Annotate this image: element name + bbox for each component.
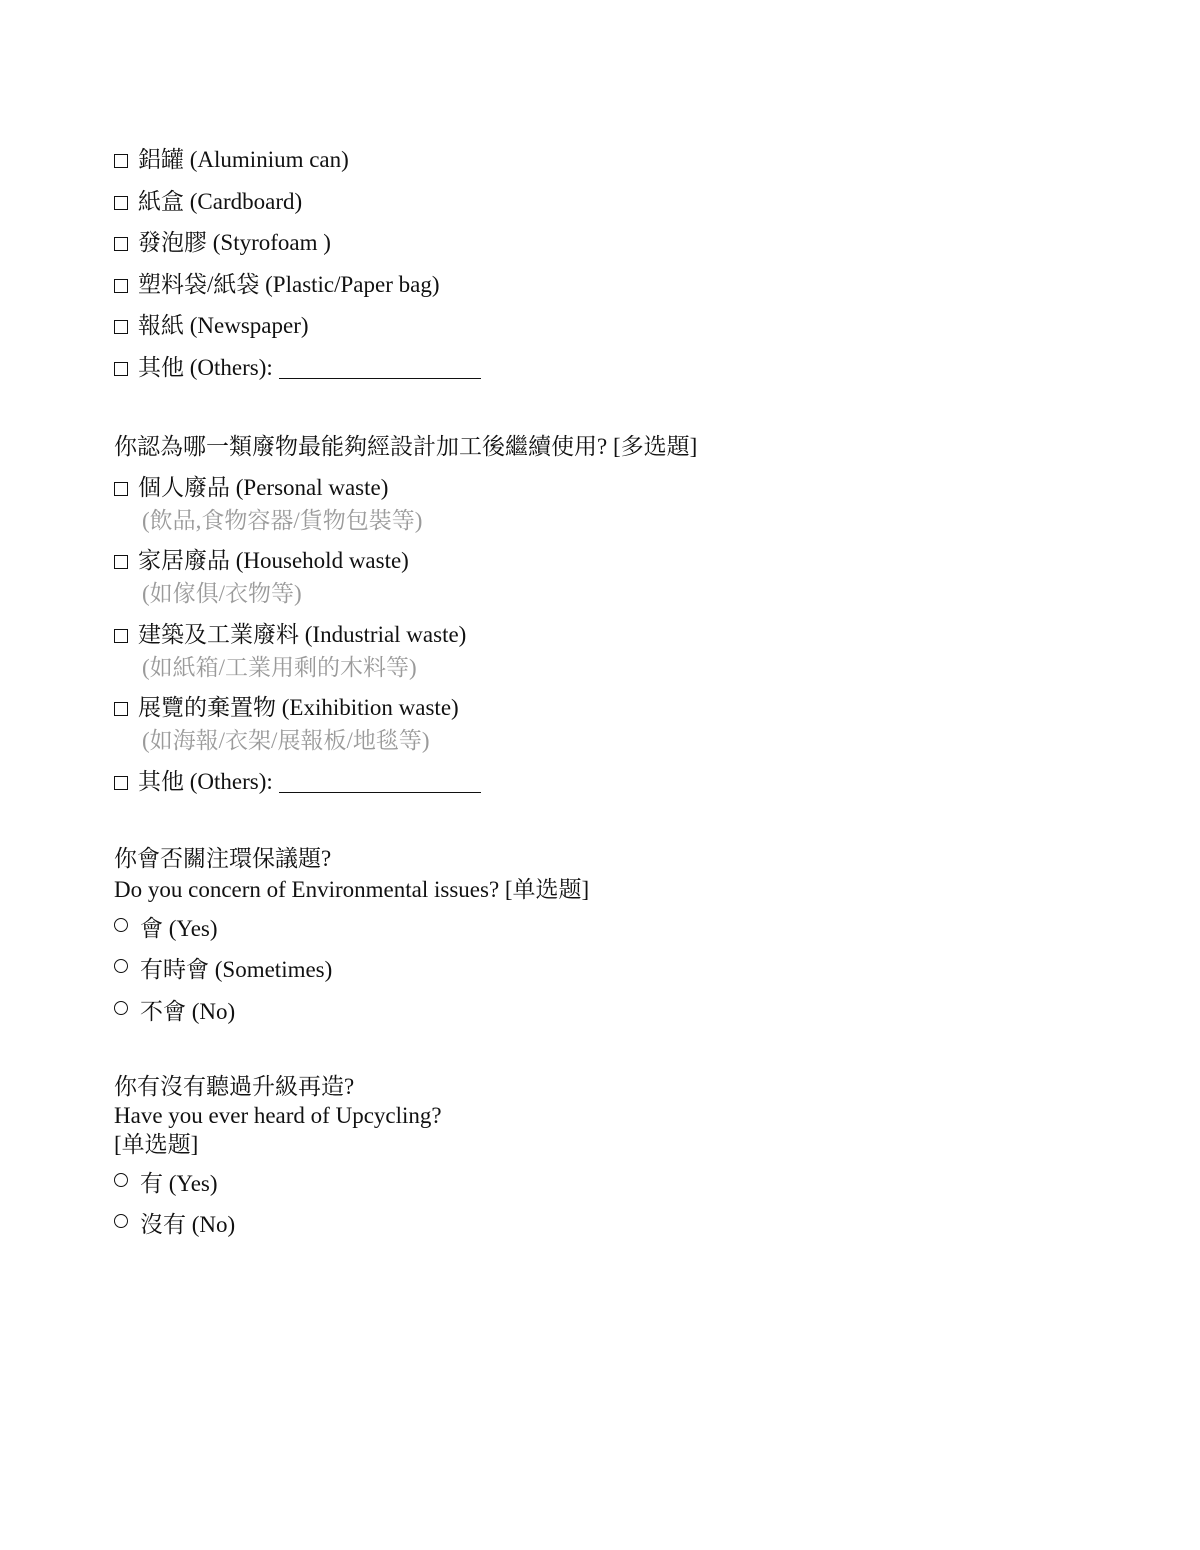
question-upcycling: 你有沒有聽過升級再造? Have you ever heard of Upcyc… — [114, 1073, 1114, 1252]
radio-option-yes[interactable]: 有 (Yes) — [114, 1170, 1114, 1212]
checkbox-option-others[interactable]: 其他 (Others): — [114, 354, 1114, 396]
checkbox-option-household-waste[interactable]: 家居廢品 (Household waste) (如傢俱/衣物等) — [114, 547, 1114, 609]
question-type-label: [单选题] — [114, 1131, 1114, 1160]
question-environmental-concern: 你會否關注環保議題? Do you concern of Environment… — [114, 845, 1114, 1039]
radio-icon[interactable] — [114, 959, 128, 973]
checkbox-option-newspaper[interactable]: 報紙 (Newspaper) — [114, 312, 1114, 354]
checkbox-option-personal-waste[interactable]: 個人廢品 (Personal waste) (飲品,食物容器/貨物包裝等) — [114, 474, 1114, 536]
checkbox-icon[interactable] — [114, 482, 128, 496]
radio-option-no[interactable]: 沒有 (No) — [114, 1211, 1114, 1253]
option-hint: (飲品,食物容器/貨物包裝等) — [114, 507, 422, 536]
option-label: 鋁罐 (Aluminium can) — [138, 146, 349, 175]
checkbox-icon[interactable] — [114, 154, 128, 168]
checkbox-option-others[interactable]: 其他 (Others): — [114, 768, 1114, 810]
checkbox-icon[interactable] — [114, 555, 128, 569]
option-label: 發泡膠 (Styrofoam ) — [138, 229, 331, 258]
radio-icon[interactable] — [114, 1001, 128, 1015]
others-blank-line[interactable] — [279, 791, 481, 793]
checkbox-option-cardboard[interactable]: 紙盒 (Cardboard) — [114, 188, 1114, 230]
radio-option-sometimes[interactable]: 有時會 (Sometimes) — [114, 956, 1114, 998]
option-label: 會 (Yes) — [140, 915, 218, 944]
spacer — [114, 395, 1114, 433]
option-label: 個人廢品 (Personal waste) — [138, 474, 388, 503]
option-hint: (如海報/衣架/展報板/地毯等) — [114, 727, 430, 756]
others-blank-line[interactable] — [279, 377, 481, 379]
radio-icon[interactable] — [114, 1214, 128, 1228]
option-label: 報紙 (Newspaper) — [138, 312, 309, 341]
option-label: 其他 (Others): — [138, 354, 273, 383]
checkbox-icon[interactable] — [114, 237, 128, 251]
checkbox-icon[interactable] — [114, 279, 128, 293]
question-title-zh: 你有沒有聽過升級再造? — [114, 1073, 1114, 1102]
question-title-en: Do you concern of Environmental issues? … — [114, 876, 1114, 905]
spacer — [114, 809, 1114, 845]
option-label: 建築及工業廢料 (Industrial waste) — [138, 621, 466, 650]
option-label: 展覽的棄置物 (Exihibition waste) — [138, 694, 459, 723]
option-label: 塑料袋/紙袋 (Plastic/Paper bag) — [138, 271, 440, 300]
radio-icon[interactable] — [114, 918, 128, 932]
checkbox-icon[interactable] — [114, 320, 128, 334]
option-label: 沒有 (No) — [140, 1211, 235, 1240]
option-label: 其他 (Others): — [138, 768, 273, 797]
option-label: 有 (Yes) — [140, 1170, 218, 1199]
option-label: 紙盒 (Cardboard) — [138, 188, 302, 217]
checkbox-icon[interactable] — [114, 629, 128, 643]
question-title-zh: 你會否關注環保議題? — [114, 845, 1114, 874]
survey-page: 鋁罐 (Aluminium can) 紙盒 (Cardboard) 發泡膠 (S… — [114, 146, 1114, 1253]
option-label: 有時會 (Sometimes) — [140, 956, 332, 985]
radio-option-yes[interactable]: 會 (Yes) — [114, 915, 1114, 957]
option-label: 不會 (No) — [140, 998, 235, 1027]
checkbox-icon[interactable] — [114, 196, 128, 210]
option-hint: (如紙箱/工業用剩的木料等) — [114, 654, 417, 683]
radio-option-no[interactable]: 不會 (No) — [114, 998, 1114, 1040]
checkbox-option-aluminium-can[interactable]: 鋁罐 (Aluminium can) — [114, 146, 1114, 188]
option-hint: (如傢俱/衣物等) — [114, 580, 302, 609]
checkbox-icon[interactable] — [114, 362, 128, 376]
checkbox-option-exhibition-waste[interactable]: 展覽的棄置物 (Exihibition waste) (如海報/衣架/展報板/地… — [114, 694, 1114, 756]
option-label: 家居廢品 (Household waste) — [138, 547, 409, 576]
material-options: 鋁罐 (Aluminium can) 紙盒 (Cardboard) 發泡膠 (S… — [114, 146, 1114, 395]
spacer — [114, 1039, 1114, 1073]
question-reusable-waste: 你認為哪一類廢物最能夠經設計加工後繼續使用? [多选題] 個人廢品 (Perso… — [114, 433, 1114, 809]
checkbox-option-industrial-waste[interactable]: 建築及工業廢料 (Industrial waste) (如紙箱/工業用剩的木料等… — [114, 621, 1114, 683]
radio-icon[interactable] — [114, 1173, 128, 1187]
checkbox-option-styrofoam[interactable]: 發泡膠 (Styrofoam ) — [114, 229, 1114, 271]
question-title: 你認為哪一類廢物最能夠經設計加工後繼續使用? [多选題] — [114, 433, 1114, 462]
checkbox-icon[interactable] — [114, 702, 128, 716]
checkbox-option-plastic-paper-bag[interactable]: 塑料袋/紙袋 (Plastic/Paper bag) — [114, 271, 1114, 313]
checkbox-icon[interactable] — [114, 776, 128, 790]
question-title-en: Have you ever heard of Upcycling? — [114, 1102, 1114, 1131]
